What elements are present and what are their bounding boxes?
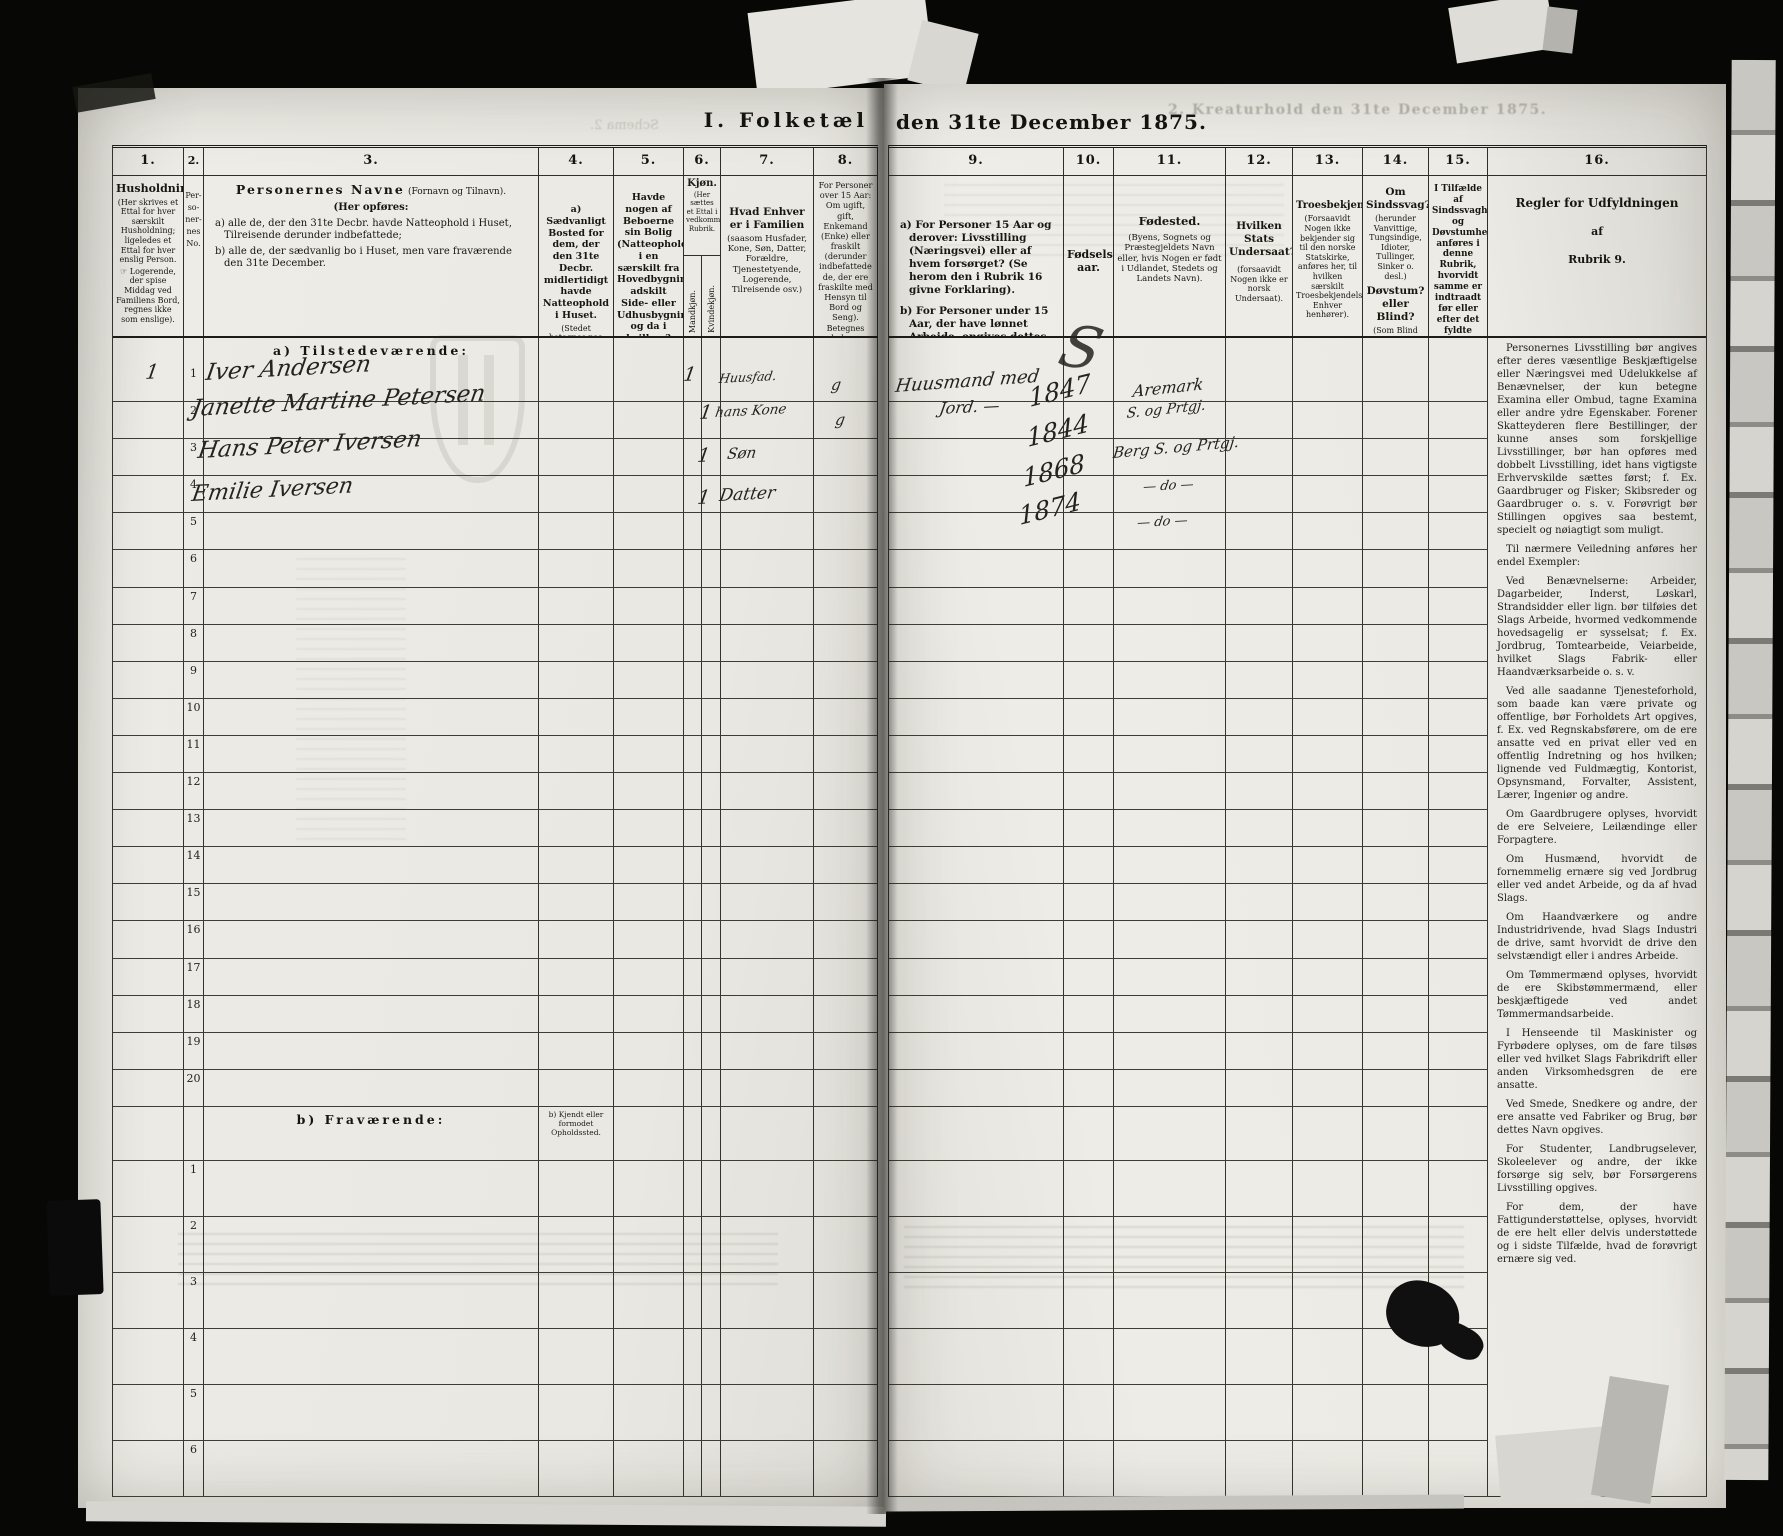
cell [684, 1033, 702, 1069]
cell [889, 625, 1064, 661]
cell [1226, 1273, 1293, 1328]
table-header-right: 9. a) For Personer 15 Aar og derover: Li… [889, 145, 1488, 338]
cell [539, 699, 614, 735]
cell [113, 1329, 184, 1384]
cell [539, 996, 614, 1032]
cell [721, 773, 814, 809]
cell [539, 365, 614, 401]
cell [1226, 588, 1293, 624]
cell [1293, 662, 1363, 698]
cell [539, 810, 614, 846]
cell [539, 513, 614, 549]
cell [1429, 550, 1488, 586]
cell [204, 1273, 539, 1328]
cell [889, 1107, 1064, 1160]
cell [684, 1329, 702, 1384]
cell [889, 810, 1064, 846]
cell [721, 1033, 814, 1069]
table-row: 6 [113, 1441, 878, 1497]
table-row [889, 810, 1488, 847]
subcolumn-female: Kvindekjøn. [702, 256, 720, 336]
cell [1363, 476, 1429, 512]
cell [1293, 513, 1363, 549]
cell [113, 884, 184, 920]
table-row [889, 1385, 1488, 1441]
cell [1114, 773, 1226, 809]
cell [113, 550, 184, 586]
cell [684, 921, 702, 957]
cell [1363, 921, 1429, 957]
cell [1226, 884, 1293, 920]
table-row: 2 [113, 1217, 878, 1273]
cell [539, 439, 614, 475]
cell [1064, 662, 1114, 698]
census-table-left: 1. Husholdninger. (Her skrives et Ettal … [112, 145, 878, 1497]
column-title: Kjøn. [686, 178, 718, 189]
table-body-left: a) Tilstedeværende:123456789101112131415… [113, 338, 878, 1497]
cell [614, 847, 684, 883]
cell [204, 773, 539, 809]
column-number: 10. [1064, 148, 1113, 176]
cell [614, 338, 684, 365]
cell [1363, 884, 1429, 920]
cell [1363, 810, 1429, 846]
cell [702, 1033, 721, 1069]
cell [702, 1107, 721, 1160]
cell [1226, 810, 1293, 846]
cell [1064, 1070, 1114, 1106]
table-row [889, 550, 1488, 587]
row-number: 17 [184, 959, 204, 995]
cell [1226, 1070, 1293, 1106]
cell [1064, 1329, 1114, 1384]
rules-paragraph: I Henseende til Maskinister og Fyrbødere… [1488, 1027, 1706, 1092]
cell [1114, 1273, 1226, 1328]
rules-paragraph: Personernes Livsstilling bør angives eft… [1488, 342, 1706, 537]
ghost-kreaturhold-text: 2. Kreaturhold den 31te December 1875. [1168, 102, 1547, 118]
column-header-13: 13. Troesbekjendelse. (Forsaavidt Nogen … [1293, 148, 1363, 336]
row-number: 4 [184, 1329, 204, 1384]
cell [721, 884, 814, 920]
cell [1363, 736, 1429, 772]
cell [113, 513, 184, 549]
cell [702, 699, 721, 735]
cell [1114, 996, 1226, 1032]
row-number: 5 [184, 1385, 204, 1440]
cell [1363, 365, 1429, 401]
cell [113, 1161, 184, 1216]
column-title: Hvad Enhver er i Familien [724, 206, 810, 232]
table-row: 7 [113, 588, 878, 625]
cell [614, 588, 684, 624]
table-row: 4 [113, 1329, 878, 1385]
cell [684, 662, 702, 698]
cell [684, 1217, 702, 1272]
cell [1429, 1385, 1488, 1440]
table-row: 18 [113, 996, 878, 1033]
cell [1293, 1107, 1363, 1160]
rules-paragraph: Om Gaardbrugere oplyses, hvorvidt de ere… [1488, 808, 1706, 847]
cell [1293, 773, 1363, 809]
cell [1429, 810, 1488, 846]
table-row [889, 1033, 1488, 1070]
column-number: 14. [1363, 148, 1428, 176]
cell [1114, 338, 1226, 365]
table-row [889, 736, 1488, 773]
column-note: (Stedet betegnes paa samme Maade som i R… [542, 324, 610, 336]
cell [1363, 847, 1429, 883]
cell [1064, 625, 1114, 661]
cell [204, 699, 539, 735]
table-row: b) Fraværende:b) Kjendt eller formodet O… [113, 1107, 878, 1161]
cell [1429, 662, 1488, 698]
cell [1226, 338, 1293, 365]
cell [1293, 588, 1363, 624]
cell [614, 996, 684, 1032]
cell [684, 736, 702, 772]
cell [1293, 338, 1363, 365]
cell [1363, 662, 1429, 698]
cell [889, 1161, 1064, 1216]
cell [684, 338, 702, 365]
column-title: Personernes Navne [236, 182, 405, 197]
cell [702, 588, 721, 624]
cell [702, 1070, 721, 1106]
cell [684, 699, 702, 735]
cell [889, 1441, 1064, 1496]
cell [539, 884, 614, 920]
cell [1064, 736, 1114, 772]
cell [1226, 625, 1293, 661]
cell [614, 1161, 684, 1216]
column-note: (herunder Vanvittige, Tungsindige, Idiot… [1366, 214, 1425, 281]
cell [1429, 996, 1488, 1032]
column-header-9: 9. a) For Personer 15 Aar og derover: Li… [889, 148, 1064, 336]
row-number: 1 [184, 1161, 204, 1216]
cell [721, 550, 814, 586]
cell [721, 959, 814, 995]
cell [721, 810, 814, 846]
cell [702, 921, 721, 957]
cell [1226, 1441, 1293, 1496]
cell [702, 662, 721, 698]
occupation-entry-line2: Jord. — [938, 396, 1001, 418]
cell [1363, 550, 1429, 586]
row-number: 15 [184, 884, 204, 920]
column-number: 16. [1488, 148, 1706, 176]
cell [721, 996, 814, 1032]
cell [721, 662, 814, 698]
cell [539, 1273, 614, 1328]
cell [1429, 1033, 1488, 1069]
cell [889, 921, 1064, 957]
column-number: 15. [1429, 148, 1487, 176]
cell [1226, 1329, 1293, 1384]
column-header-12: 12. Hvilken Stats Undersaat? (forsaavidt… [1226, 148, 1293, 336]
cell [113, 1107, 184, 1160]
cell [1114, 884, 1226, 920]
cell [1429, 588, 1488, 624]
cell [1293, 736, 1363, 772]
cell [702, 996, 721, 1032]
column-open: (Her opføres: [212, 202, 530, 214]
cell [702, 736, 721, 772]
cell [614, 699, 684, 735]
cell [1226, 550, 1293, 586]
column-note: (forsaavidt Nogen ikke er norsk Undersaa… [1229, 265, 1289, 303]
cell [204, 550, 539, 586]
table-row: 5 [113, 1385, 878, 1441]
column-number: 2. [184, 148, 203, 176]
cell [721, 338, 814, 365]
table-row [889, 884, 1488, 921]
census-scan-1875: I. Folketæl Schema 2. 1. Husholdninger. … [0, 0, 1783, 1536]
column-note: (Her sættes et Ettal i vedkommende Rubri… [686, 191, 718, 233]
cell [1429, 1217, 1488, 1272]
column-title: Per- so- ner- nes No. [184, 176, 203, 250]
cell [721, 1273, 814, 1328]
table-row: 1 [113, 1161, 878, 1217]
cell [539, 1033, 614, 1069]
cell [721, 588, 814, 624]
cell [614, 736, 684, 772]
cell [614, 1033, 684, 1069]
cell [204, 921, 539, 957]
cell [113, 1273, 184, 1328]
cell [204, 662, 539, 698]
column-title: Fødested. [1117, 214, 1222, 228]
cell [684, 996, 702, 1032]
cell [1429, 699, 1488, 735]
row-number: 5 [184, 513, 204, 549]
cell [614, 1329, 684, 1384]
column-item-b: b) alle de, der sædvanlig bo i Huset, me… [212, 246, 530, 271]
cell [1064, 773, 1114, 809]
cell [1226, 959, 1293, 995]
cell [1429, 959, 1488, 995]
cell [204, 847, 539, 883]
table-row: 5 [113, 513, 878, 550]
cell [113, 810, 184, 846]
cell [113, 996, 184, 1032]
cell [702, 884, 721, 920]
table-row: 14 [113, 847, 878, 884]
column-number: 6. [684, 148, 720, 176]
cell [889, 338, 1064, 365]
cell [1226, 476, 1293, 512]
cell [539, 921, 614, 957]
cell [1064, 1107, 1114, 1160]
table-row: 19 [113, 1033, 878, 1070]
column-number: 9. [889, 148, 1063, 176]
cell [1363, 959, 1429, 995]
column-title: Havde nogen af Beboerne sin Bolig (Natte… [617, 192, 684, 336]
cell [614, 1385, 684, 1440]
cell [889, 588, 1064, 624]
cell [889, 996, 1064, 1032]
column-title: Fødsels- aar. [1067, 248, 1114, 275]
table-row: 20 [113, 1070, 878, 1107]
column-title: a) Sædvanligt Bosted for dem, der den 31… [542, 204, 610, 322]
cell [113, 1033, 184, 1069]
cell [204, 1070, 539, 1106]
cell [1363, 1385, 1429, 1440]
column-header-4: 4. a) Sædvanligt Bosted for dem, der den… [539, 148, 614, 336]
cell [721, 1441, 814, 1496]
rules-paragraph: For Studenter, Landbrugselever, Skoleele… [1488, 1143, 1706, 1195]
column-number: 5. [614, 148, 683, 176]
cell [889, 1329, 1064, 1384]
cell [1226, 1161, 1293, 1216]
cell [702, 338, 721, 365]
cell [614, 550, 684, 586]
birthplace-ditto: — do — [1142, 477, 1195, 495]
column-item-b: b) For Personer under 15 Aar, der have l… [897, 305, 1055, 336]
cell [889, 1070, 1064, 1106]
cell [721, 1070, 814, 1106]
cell [684, 884, 702, 920]
column-header-6: 6. Kjøn. (Her sættes et Ettal i vedkomme… [684, 148, 721, 336]
column-title-dovstum: Døvstum? eller Blind? [1366, 285, 1425, 324]
cell [1064, 921, 1114, 957]
cell [1429, 847, 1488, 883]
cell [1363, 699, 1429, 735]
cell [684, 1273, 702, 1328]
cell [1226, 1107, 1293, 1160]
cell [1226, 1385, 1293, 1440]
table-row: 17 [113, 959, 878, 996]
column-header-2: 2. Per- so- ner- nes No. [184, 148, 204, 336]
column-note: (Her skrives et Ettal for hver særskilt … [116, 198, 180, 265]
column-header-7: 7. Hvad Enhver er i Familien (saasom Hus… [721, 148, 814, 336]
cell [113, 439, 184, 475]
paper-edge-top-3 [1448, 0, 1556, 63]
cell [1064, 1273, 1114, 1328]
cell [1293, 476, 1363, 512]
cell [614, 365, 684, 401]
row-number: 2 [184, 1217, 204, 1272]
cell [539, 550, 614, 586]
cell [684, 959, 702, 995]
cell [721, 1385, 814, 1440]
cell [1226, 996, 1293, 1032]
table-row: 16 [113, 921, 878, 958]
cell [702, 959, 721, 995]
cell [1293, 1033, 1363, 1069]
cell [539, 1329, 614, 1384]
cell [1429, 1441, 1488, 1496]
cell [1064, 699, 1114, 735]
family-position-entry: Datter [718, 483, 777, 506]
cell [113, 1441, 184, 1496]
cell [1064, 1385, 1114, 1440]
cell [1064, 550, 1114, 586]
row-number: 20 [184, 1070, 204, 1106]
cell [1114, 588, 1226, 624]
cell [539, 476, 614, 512]
cell [1293, 1161, 1363, 1216]
cell [889, 1217, 1064, 1272]
column-16-rules: 16. Regler for Udfyldningen af Rubrik 9.… [1488, 145, 1707, 1497]
row-number: 3 [184, 1273, 204, 1328]
rules-title: Regler for Udfyldningen [1491, 196, 1703, 211]
cell [1114, 1107, 1226, 1160]
column-number: 12. [1226, 148, 1292, 176]
cell [204, 736, 539, 772]
cell [539, 402, 614, 438]
rules-paragraph: Ved alle saadanne Tjenesteforhold, som b… [1488, 685, 1706, 802]
cell [1363, 338, 1429, 365]
cell [1064, 513, 1114, 549]
column-header-15: 15. I Tilfælde af Sindssvaghed og Døvstu… [1429, 148, 1488, 336]
cell [1293, 1441, 1363, 1496]
cell [684, 1385, 702, 1440]
cell [721, 699, 814, 735]
row-number: 13 [184, 810, 204, 846]
column-note: (Byens, Sognets og Præstegjeldets Navn e… [1117, 233, 1222, 284]
cell [1226, 773, 1293, 809]
rules-paragraph: Ved Smede, Snedkere og andre, der ere an… [1488, 1098, 1706, 1137]
cell [539, 773, 614, 809]
cell [702, 550, 721, 586]
cell [721, 1161, 814, 1216]
table-row [889, 1107, 1488, 1161]
census-table-right: 9. a) For Personer 15 Aar og derover: Li… [888, 145, 1706, 1497]
cell [614, 1441, 684, 1496]
cell [1363, 402, 1429, 438]
cell [614, 439, 684, 475]
rules-title-rubrik: Rubrik 9. [1491, 253, 1703, 267]
row-number: 11 [184, 736, 204, 772]
cell [113, 402, 184, 438]
cell [1114, 1329, 1226, 1384]
cell [721, 513, 814, 549]
cell [204, 1217, 539, 1272]
cell [204, 513, 539, 549]
subcolumn-male-label: Mandkjøn. [688, 290, 697, 333]
cell [204, 1441, 539, 1496]
row-number: 7 [184, 588, 204, 624]
table-row [889, 662, 1488, 699]
page-stack-edge [1724, 60, 1775, 1480]
cell [889, 662, 1064, 698]
cell [539, 959, 614, 995]
table-row: 11 [113, 736, 878, 773]
table-row: 10 [113, 699, 878, 736]
cell [889, 736, 1064, 772]
table-row [889, 588, 1488, 625]
cell [1293, 550, 1363, 586]
column-title: Hvilken Stats Undersaat? [1229, 220, 1289, 259]
table-row: 12 [113, 773, 878, 810]
cell [539, 1441, 614, 1496]
cell [1064, 884, 1114, 920]
cell [614, 513, 684, 549]
cell [204, 1329, 539, 1384]
column-title: For Personer over 15 Aar: Om ugift, gift… [818, 180, 873, 322]
table-row [889, 1070, 1488, 1107]
cell [614, 810, 684, 846]
right-page: den 31te December 1875. 2. Kreaturhold d… [884, 84, 1726, 1508]
paper-sliver-bottom-left [86, 1501, 886, 1527]
cell [1363, 1161, 1429, 1216]
cell [539, 736, 614, 772]
cell [1114, 550, 1226, 586]
cell [684, 550, 702, 586]
cell [721, 847, 814, 883]
cell [1293, 699, 1363, 735]
cell [1293, 996, 1363, 1032]
